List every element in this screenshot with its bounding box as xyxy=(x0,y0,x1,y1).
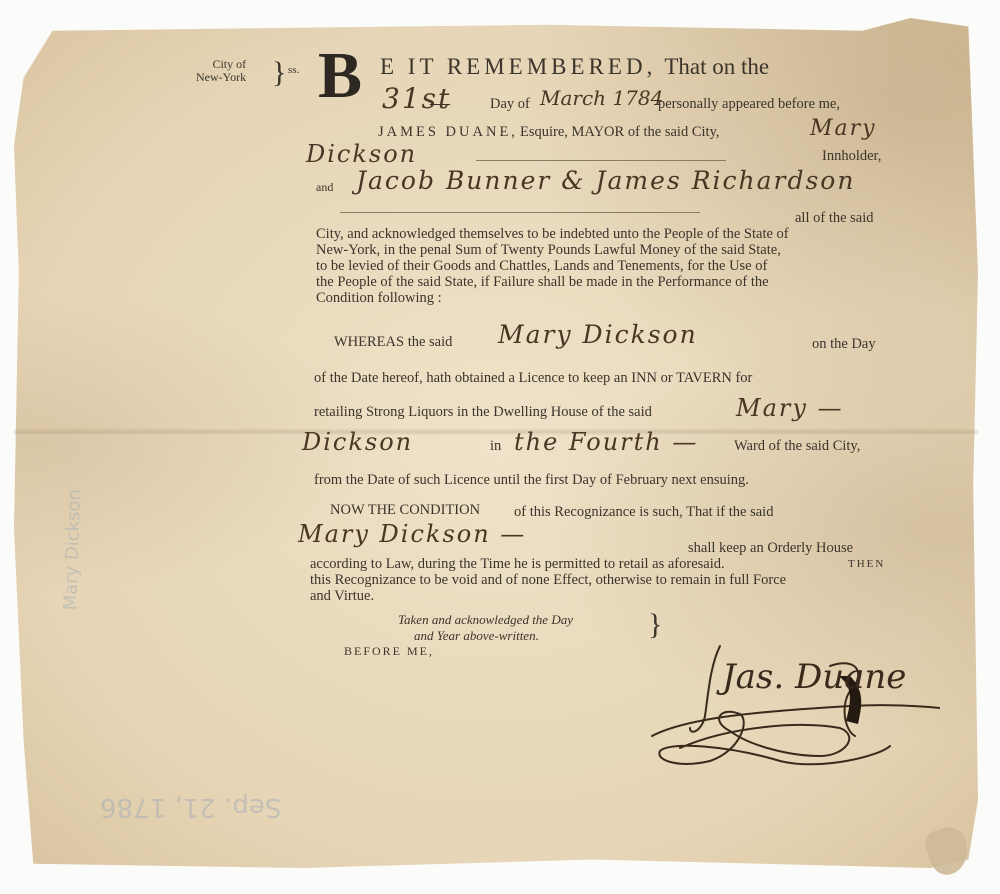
mayor-name: JAMES DUANE, xyxy=(378,124,518,141)
handwritten-month-year: March 1784 xyxy=(540,86,663,110)
condition-then: THEN xyxy=(848,558,885,570)
venue-brace: } xyxy=(272,56,286,90)
attestation-line-1: Taken and acknowledged the Day xyxy=(398,612,573,628)
handwritten-whereas-name-3: Dickson xyxy=(302,428,413,456)
pencil-bottom-note: Sep. 21, 1786 xyxy=(100,792,281,822)
whereas-line-3: retailing Strong Liquors in the Dwelling… xyxy=(314,404,652,421)
handwritten-whereas-name: Mary Dickson xyxy=(498,320,698,349)
heading-rest: E IT REMEMBERED, xyxy=(380,54,656,79)
heading-tail: That on the xyxy=(664,54,769,79)
fold-crease xyxy=(14,428,978,436)
condition-line-3: according to Law, during the Time he is … xyxy=(310,556,725,573)
date-dash: — xyxy=(430,92,450,115)
blank-rule xyxy=(476,160,726,161)
handwritten-ward: the Fourth — xyxy=(514,428,698,456)
in-label: in xyxy=(490,438,501,455)
whereas-line-5: from the Date of such Licence until the … xyxy=(314,472,749,489)
condition-line-5: and Virtue. xyxy=(310,588,374,605)
handwritten-whereas-name-2: Mary — xyxy=(736,394,844,422)
obligation-line-0: all of the said xyxy=(795,210,874,227)
attestation-line-2: and Year above-written. xyxy=(414,628,539,644)
sureties-rule xyxy=(340,212,700,213)
whereas-line-1-end: on the Day xyxy=(812,336,876,353)
signature-text: Jas. Duane xyxy=(716,657,906,697)
condition-lead: NOW THE CONDITION xyxy=(330,502,480,519)
and-label: and xyxy=(316,180,333,195)
heading: E IT REMEMBERED,That on the xyxy=(380,54,769,80)
ward-text: Ward of the said City, xyxy=(734,438,860,455)
handwritten-principal-first: Mary xyxy=(810,116,877,141)
mayor-signature: Jas. Duane xyxy=(650,636,940,786)
pencil-margin-note: Mary Dickson xyxy=(60,489,85,611)
handwritten-sureties: Jacob Bunner & James Richardson xyxy=(356,166,855,195)
obligation-line-4: the People of the said State, if Failure… xyxy=(316,274,769,291)
whereas-line-2: of the Date hereof, hath obtained a Lice… xyxy=(314,370,752,387)
before-me: BEFORE ME, xyxy=(344,644,434,659)
occupation: Innholder, xyxy=(822,148,881,165)
venue-block: City of New-York xyxy=(196,58,246,84)
whereas-lead: WHEREAS the said xyxy=(334,334,452,351)
handwritten-condition-name: Mary Dickson — xyxy=(298,520,526,548)
condition-line-1: of this Recognizance is such, That if th… xyxy=(514,504,773,521)
obligation-line-5: Condition following : xyxy=(316,290,442,307)
obligation-line-2: New-York, in the penal Sum of Twenty Pou… xyxy=(316,242,781,259)
handwritten-principal-last: Dickson xyxy=(306,140,417,168)
condition-line-2-end: shall keep an Orderly House xyxy=(688,540,853,557)
obligation-line-1: City, and acknowledged themselves to be … xyxy=(316,226,789,243)
heading-dropcap: B xyxy=(318,46,362,106)
day-of-label: Day of xyxy=(490,96,530,113)
condition-line-4: this Recognizance to be void and of none… xyxy=(310,572,786,589)
mayor-title: Esquire, MAYOR of the said City, xyxy=(520,124,720,141)
obligation-line-3: to be levied of their Goods and Chattles… xyxy=(316,258,767,275)
venue-ss: ss. xyxy=(288,64,299,76)
appeared-text: personally appeared before me, xyxy=(658,96,840,113)
venue-line-2: New-York xyxy=(196,71,246,84)
